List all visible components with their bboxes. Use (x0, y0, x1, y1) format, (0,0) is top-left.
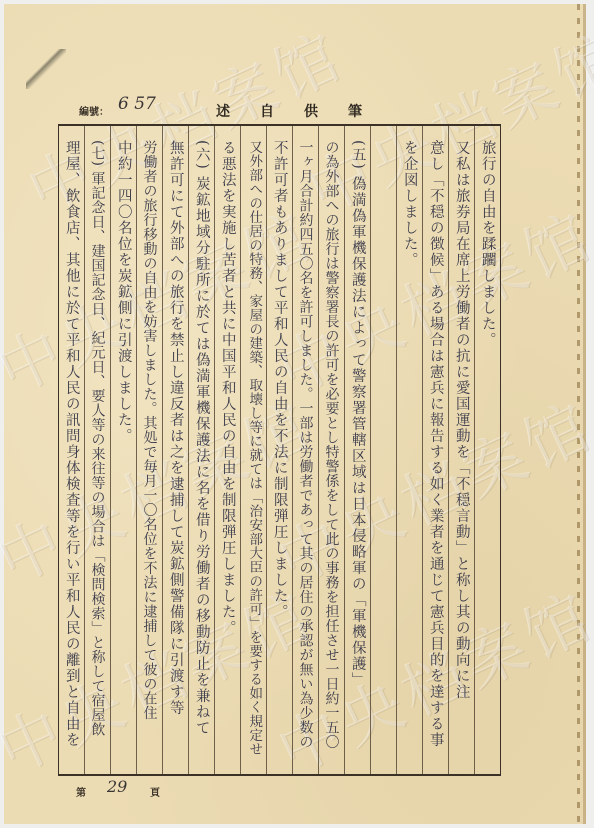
manuscript-column: (六) 炭鉱地域分駐所に於ては偽満軍機保護法に名を借り労働者の移動防止を兼ねて (188, 126, 214, 774)
handwritten-line: (六) 炭鉱地域分駐所に於ては偽満軍機保護法に名を借り労働者の移動防止を兼ねて (194, 140, 209, 736)
manuscript-column: 又外部への仕居の特務、家屋の建築、取壊し等に就ては「治安部大臣の許可」を要する如… (240, 126, 266, 774)
ink-mark (26, 49, 66, 89)
handwritten-line: 旅行の自由を蹂躙しました。 (480, 140, 495, 348)
manuscript-column (370, 126, 396, 774)
page-suffix: 頁 (150, 784, 160, 799)
handwritten-line: 又外部への仕居の特務、家屋の建築、取壊し等に就ては「治安部大臣の許可」を要する如… (247, 140, 261, 756)
handwritten-line: 理屋、飲食店、其他に於て平和人民の訊問身体検査等を行い平和人民の離到と自由を (64, 140, 79, 748)
handwritten-line: 不許可者もありまして平和人民の自由を不法に制限弾圧しました。 (272, 140, 287, 620)
handwritten-line: を企図しました。 (402, 140, 417, 268)
handwritten-line: 労働者の旅行移動の自由を妨害しました。其処で毎月一〇名位を不法に逮捕して彼の在住 (143, 140, 157, 720)
handwritten-line: 意し「不穏の徴候」ある場合は憲兵に報告する如く業者を通じて憲兵目的を達する事 (428, 140, 443, 748)
manuscript-column: (七) 軍記念日、建国記念日、紀元日、要人等の来往等の場合は「検問検索」と称して… (84, 126, 110, 774)
manuscript-column: 理屋、飲食店、其他に於て平和人民の訊問身体検査等を行い平和人民の離到と自由を (59, 126, 84, 774)
manuscript-column: 無許可にて外部への旅行を禁止し違反者は之を逮捕して炭鉱側警備隊に引渡す等 (162, 126, 188, 774)
handwritten-line: る悪法を実施し苦者と共に中国平和人民の自由を制限弾圧しました。 (220, 140, 235, 636)
handwritten-line: 又私は旅券局在席上労働者の抗に愛国運動を「不穏言動」と称し其の動向に注 (454, 140, 469, 700)
manuscript-column: 旅行の自由を蹂躙しました。 (474, 126, 500, 774)
handwritten-line: (七) 軍記念日、建国記念日、紀元日、要人等の来往等の場合は「検問検索」と称して… (91, 140, 105, 737)
manuscript-column: 不許可者もありまして平和人民の自由を不法に制限弾圧しました。 (266, 126, 292, 774)
manuscript-column: (五) 偽満偽軍機保護法によって警察署管轄区域は日本侵略軍の「軍機保護」 (344, 126, 370, 774)
manuscript-column: 中約一四〇名位を炭鉱側に引渡しました。 (110, 126, 136, 774)
page-title: 述自供筆 (216, 101, 392, 121)
manuscript-column: 意し「不穏の徴候」ある場合は憲兵に報告する如く業者を通じて憲兵目的を達する事 (422, 126, 448, 774)
handwritten-line: 一ヶ月合計約四五〇名を許可しました。一部は労働者であって其の居住の承認が無い為少… (299, 140, 313, 749)
manuscript-column: の為外部への旅行は警察署長の許可を必要とし特警係をして此の事務を担任させ一日約一… (318, 126, 344, 774)
document-number: 6 57 (118, 94, 156, 114)
manuscript-column: 労働者の旅行移動の自由を妨害しました。其処で毎月一〇名位を不法に逮捕して彼の在住 (136, 126, 162, 774)
handwritten-line: (五) 偽満偽軍機保護法によって警察署管轄区域は日本侵略軍の「軍機保護」 (350, 140, 365, 688)
number-label: 編號： (79, 103, 109, 118)
handwritten-line: 無許可にて外部への旅行を禁止し違反者は之を逮捕して炭鉱側警備隊に引渡す等 (168, 140, 183, 716)
page-prefix: 第 (76, 784, 86, 799)
manuscript-column: る悪法を実施し苦者と共に中国平和人民の自由を制限弾圧しました。 (214, 126, 240, 774)
document-page: 中央档案馆 中央档案馆 中央档案馆 中央档案馆 中央档案馆 中央档案馆 中央档案… (4, 4, 586, 824)
manuscript-column: を企図しました。 (396, 126, 422, 774)
handwritten-line: の為外部への旅行は警察署長の許可を必要とし特警係をして此の事務を担任させ一日約一… (325, 140, 339, 749)
handwritten-line: 中約一四〇名位を炭鉱側に引渡しました。 (116, 140, 131, 444)
manuscript-column: 又私は旅券局在席上労働者の抗に愛国運動を「不穏言動」と称し其の動向に注 (448, 126, 474, 774)
manuscript-column: 一ヶ月合計約四五〇名を許可しました。一部は労働者であって其の居住の承認が無い為少… (292, 126, 318, 774)
manuscript-grid: 旅行の自由を蹂躙しました。又私は旅券局在席上労働者の抗に愛国運動を「不穏言動」と… (58, 124, 501, 776)
paper-edge-stain (577, 4, 580, 824)
page-number: 29 (107, 777, 127, 796)
